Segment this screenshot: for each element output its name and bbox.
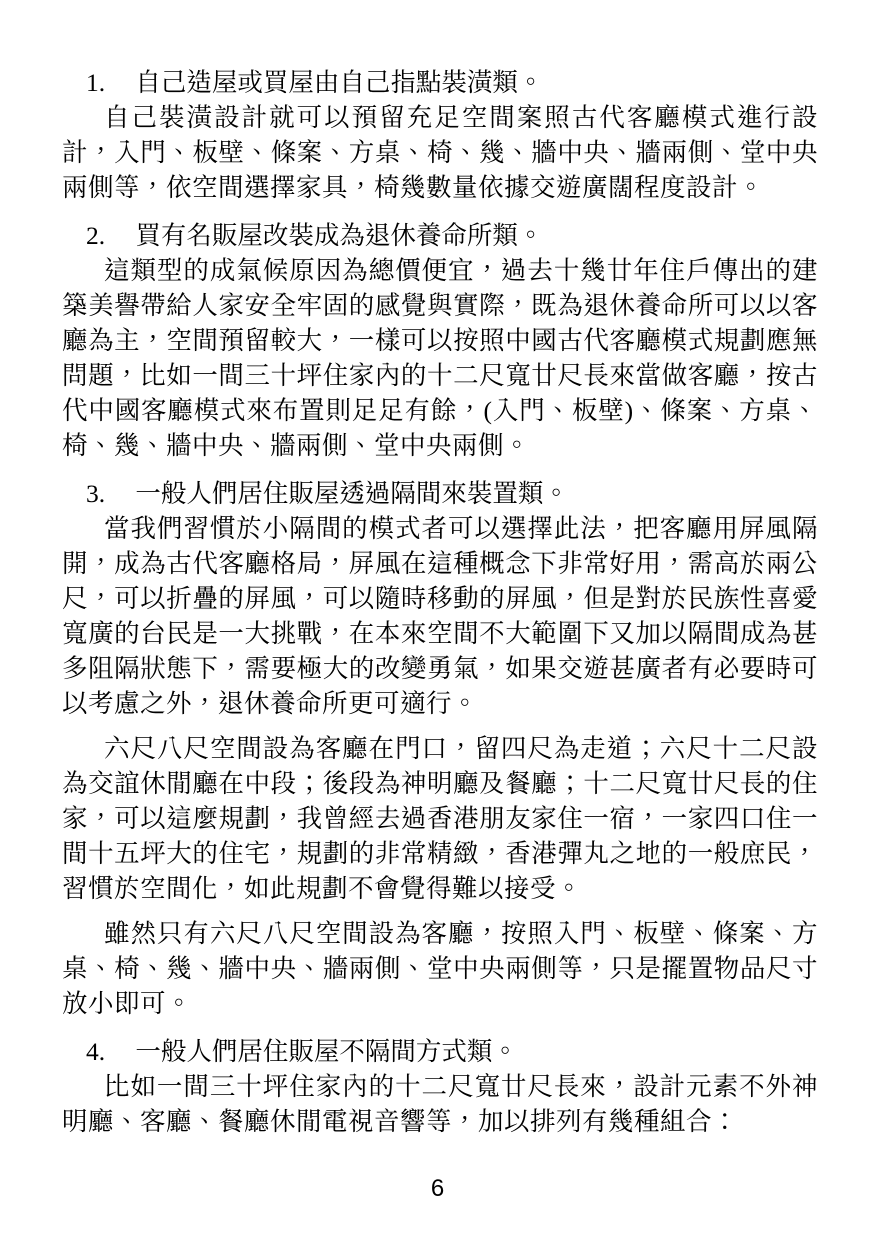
section-3-paragraph-1: 當我們習慣於小隔間的模式者可以選擇此法，把客廳用屏風隔開，成為古代客廳格局，屏風… (62, 511, 818, 721)
section-4-heading: 4. 一般人們居住販屋不隔間方式類。 (62, 1034, 818, 1069)
document-page: 1. 自己造屋或買屋由自己指點裝潢類。 自己裝潢設計就可以預留充足空間案照古代客… (0, 0, 875, 1240)
section-1-number: 1. (86, 65, 112, 100)
section-3-title: 一般人們居住販屋透過隔間來裝置類。 (135, 479, 569, 508)
section-4-title: 一般人們居住販屋不隔間方式類。 (135, 1037, 518, 1066)
section-3-heading: 3. 一般人們居住販屋透過隔間來裝置類。 (62, 476, 818, 511)
section-1: 1. 自己造屋或買屋由自己指點裝潢類。 自己裝潢設計就可以預留充足空間案照古代客… (62, 65, 818, 205)
section-3: 3. 一般人們居住販屋透過隔間來裝置類。 當我們習慣於小隔間的模式者可以選擇此法… (62, 476, 818, 1021)
section-3-number: 3. (86, 476, 112, 511)
section-1-title: 自己造屋或買屋由自己指點裝潢類。 (135, 68, 543, 97)
section-2-number: 2. (86, 218, 112, 253)
section-2: 2. 買有名販屋改裝成為退休養命所類。 這類型的成氣候原因為總價便宜，過去十幾廿… (62, 218, 818, 463)
section-4-number: 4. (86, 1034, 112, 1069)
section-3-paragraph-3: 雖然只有六尺八尺空間設為客廳，按照入門、板壁、條案、方桌、椅、幾、牆中央、牆兩側… (62, 916, 818, 1021)
section-1-paragraph: 自己裝潢設計就可以預留充足空間案照古代客廳模式進行設計，入門、板壁、條案、方桌、… (62, 100, 818, 205)
page-number: 6 (0, 1176, 875, 1202)
section-4: 4. 一般人們居住販屋不隔間方式類。 比如一間三十坪住家內的十二尺寬廿尺長來，設… (62, 1034, 818, 1139)
section-1-heading: 1. 自己造屋或買屋由自己指點裝潢類。 (62, 65, 818, 100)
section-4-paragraph: 比如一間三十坪住家內的十二尺寬廿尺長來，設計元素不外神明廳、客廳、餐廳休閒電視音… (62, 1069, 818, 1139)
section-2-heading: 2. 買有名販屋改裝成為退休養命所類。 (62, 218, 818, 253)
section-2-title: 買有名販屋改裝成為退休養命所類。 (135, 221, 543, 250)
section-2-paragraph: 這類型的成氣候原因為總價便宜，過去十幾廿年住戶傳出的建築美譽帶給人家安全牢固的感… (62, 253, 818, 463)
section-3-paragraph-2: 六尺八尺空間設為客廳在門口，留四尺為走道；六尺十二尺設為交誼休閒廳在中段；後段為… (62, 731, 818, 906)
